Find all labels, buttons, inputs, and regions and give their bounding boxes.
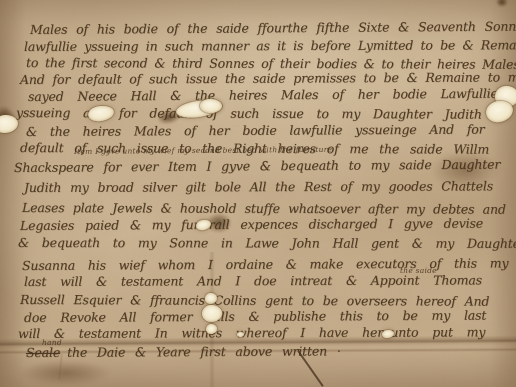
interlineation-hand: hand (42, 339, 62, 347)
manuscript-line: sayed Neece Hall & the heires Males of h… (28, 87, 498, 104)
manuscript-line: doe Revoke All former wills & publishe t… (24, 309, 486, 325)
manuscript-line: Judith my broad silver gilt bole All the… (24, 179, 493, 194)
manuscript-line: yssueing and for default of such issue t… (16, 106, 482, 121)
manuscript-line: And for default of such issue the saide … (20, 70, 516, 86)
manuscript-line: Shackspeare for ever Item I gyve & beque… (14, 158, 500, 175)
handwriting-layer: Males of his bodie of the saide ffourthe… (0, 0, 516, 387)
manuscript-line: lawfullie yssueing in such manner as it … (24, 38, 516, 54)
manuscript-line: Leases plate Jewels & houshold stuffe wh… (22, 201, 506, 216)
manuscript-line: & the heires Males of her bodie lawfulli… (26, 123, 485, 139)
manuscript-line: & bequeath to my Sonne in Lawe John Hall… (18, 236, 516, 251)
manuscript-line: last will & testament And I doe intreat … (24, 273, 482, 288)
manuscript-line: Legasies paied & my funerall expences di… (20, 217, 483, 233)
manuscript-line: Russell Esquier & ffrauncis Collins gent… (20, 293, 489, 308)
manuscript-line: Males of his bodie of the saide ffourthe… (30, 20, 516, 37)
interlineation-second-best-bed: Item I gyve unto my wief my second best … (74, 146, 332, 156)
manuscript-line-final: Sealethe Daie & Yeare first above writte… (26, 344, 341, 359)
manuscript-line: will & testament In witnes whereof I hav… (18, 325, 485, 340)
interlineation-the-saide: the saide (400, 267, 437, 275)
struck-word-seale: Seale (26, 345, 60, 360)
manuscript-photo: Males of his bodie of the saide ffourthe… (0, 0, 516, 387)
